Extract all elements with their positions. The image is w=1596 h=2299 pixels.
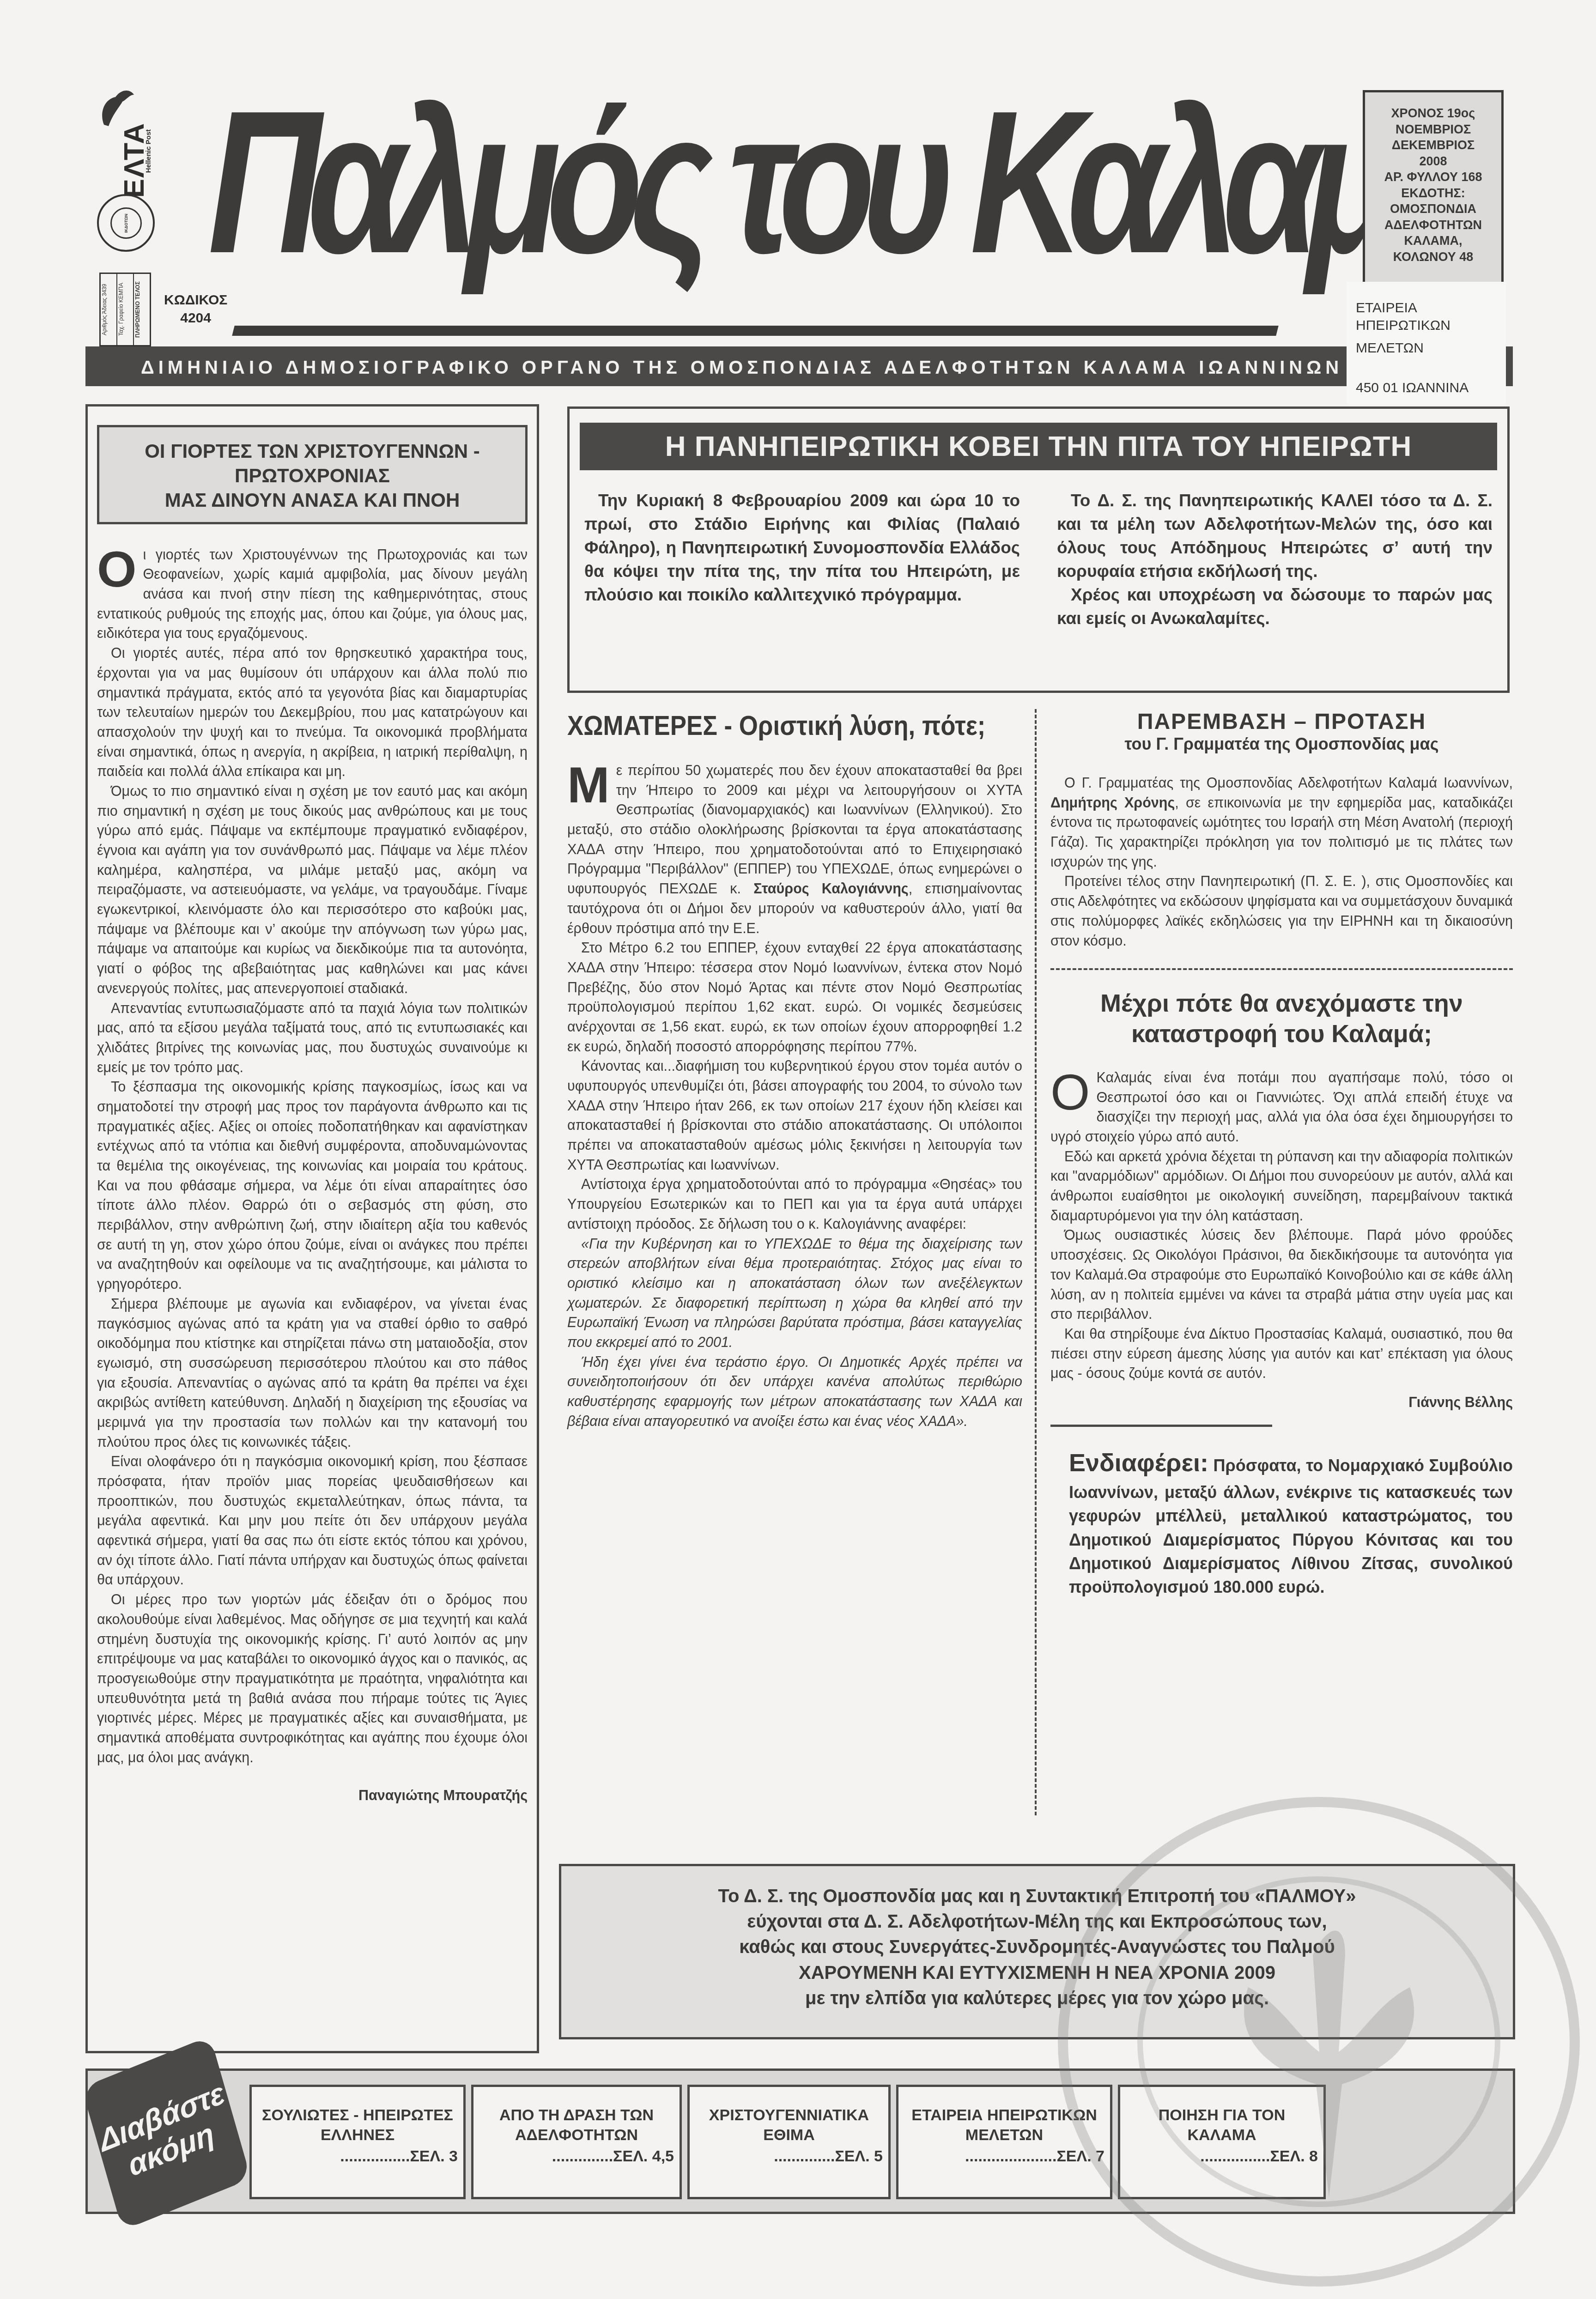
paragraph: Στο Μέτρο 6.2 του ΕΠΠΕΡ, έχουν ενταχθεί … — [567, 938, 1022, 1056]
read-more-bar: Διαβάστε ακόμη ΣΟΥΛΙΩΤΕΣ - ΗΠΕΙΡΩΤΕΣ ΕΛΛ… — [85, 2068, 1515, 2214]
headline-line: ΜΑΣ ΔΙΝΟΥΝ ΑΝΑΣΑ ΚΑΙ ΠΝΟΗ — [104, 488, 521, 513]
issue-info-box: ΧΡΟΝΟΣ 19ος ΝΟΕΜΒΡΙΟΣ ΔΕΚΕΜΒΡΙΟΣ 2008 ΑΡ… — [1363, 90, 1504, 289]
address-line: ΕΤΑΙΡΕΙΑ ΗΠΕΙΡΩΤΙΚΩΝ — [1356, 299, 1497, 334]
link-page: ................ΣΕΛ. 3 — [257, 2147, 458, 2166]
article-headline: ΧΩΜΑΤΕΡΕΣ - Οριστική λύση, πότε; — [567, 709, 968, 742]
quote-paragraph: Ήδη έχει γίνει ένα τεράστιο έργο. Οι Δημ… — [567, 1353, 1022, 1432]
newspaper-title: Παλμός του Καλαμά — [208, 81, 1471, 284]
elta-logo-subtext: Hellenic Post — [145, 129, 152, 173]
kalamas-section: Μέχρι πότε θα ανεχόμαστε την καταστροφή … — [1050, 989, 1513, 1412]
greeting-line: ΧΑΡΟΥΜΕΝΗ ΚΑΙ ΕΥΤΥΧΙΣΜΕΝΗ Η ΝΕΑ ΧΡΟΝΙΑ 2… — [561, 1960, 1513, 1986]
address-label: ΕΤΑΙΡΕΙΑ ΗΠΕΙΡΩΤΙΚΩΝ ΜΕΛΕΤΩΝ 450 01 ΙΩΑΝ… — [1347, 282, 1506, 404]
paragraph: Απεναντίας εντυπωσιαζόμαστε από τα παχιά… — [97, 999, 528, 1078]
greeting-line: Το Δ. Σ. της Ομοσπονδία μας και η Συντακ… — [561, 1884, 1513, 1909]
article-body: Οι γιορτές των Χριστουγέννων της Πρωτοχρ… — [97, 545, 528, 1806]
paragraph: Όμως το πιο σημαντικό είναι η σχέση με τ… — [97, 782, 528, 999]
issue-line: ΟΜΟΣΠΟΝΔΙΑ — [1365, 201, 1501, 217]
greeting-line: με την ελπίδα για καλύτερες μέρες για το… — [561, 1986, 1513, 2011]
article-landfills: ΧΩΜΑΤΕΡΕΣ - Οριστική λύση, πότε; Με περί… — [567, 709, 1022, 1431]
headline-line: ΟΙ ΓΙΟΡΤΕΣ ΤΩΝ ΧΡΙΣΤΟΥΓΕΝΝΩΝ - — [104, 439, 521, 464]
right-column: ΠΑΡΕΜΒΑΣΗ – ΠΡΟΤΑΣΗ του Γ. Γραμματέα της… — [1035, 709, 1513, 1815]
author-signature: Παναγιώτης Μπουρατζής — [97, 1786, 528, 1806]
paragraph: Οι γιορτές αυτές, πέρα από τον θρησκευτι… — [97, 643, 528, 782]
paragraph: Αντίστοιχα έργα χρηματοδοτούνται από το … — [567, 1175, 1022, 1234]
elta-postal-logo: ΕΛΤΑ Hellenic Post — [95, 85, 150, 192]
section-heading: ΠΑΡΕΜΒΑΣΗ – ΠΡΟΤΑΣΗ — [1050, 709, 1513, 734]
paragraph: Το ξέσπασμα της οικονομικής κρίσης παγκο… — [97, 1077, 528, 1294]
article-body: Με περίπου 50 χωματερές που δεν έχουν απ… — [567, 761, 1022, 1431]
hermes-head-icon — [95, 85, 141, 127]
issue-line: 2008 — [1365, 153, 1501, 170]
issue-line: ΑΡ. ΦΥΛΛΟΥ 168 — [1365, 169, 1501, 185]
link-title: ΠΟΙΗΣΗ ΓΙΑ ΤΟΝ ΚΑΛΑΜΑ — [1126, 2105, 1318, 2145]
solid-divider — [1050, 1425, 1272, 1427]
paragraph: Με περίπου 50 χωματερές που δεν έχουν απ… — [567, 761, 1022, 938]
link-page: .....................ΣΕΛ. 7 — [904, 2147, 1104, 2166]
link-page: ..............ΣΕΛ. 5 — [695, 2147, 883, 2166]
periodicals-seal-stamp: ΕΦΗΜΕΡΙΔΕΣ ΠΕΡΙΟΔΙΚΑ (Χ+7) ΙΚΔΟΤΩΝ — [97, 194, 155, 252]
issue-line: ΧΡΟΝΟΣ 19ος — [1365, 105, 1501, 121]
paragraph-text: Καλαμάς είναι ένα ποτάμι που αγαπήσαμε π… — [1050, 1070, 1513, 1145]
section-body: Ο Γ. Γραμματέας της Ομοσπονδίας Αδελφοτή… — [1050, 773, 1513, 951]
read-more-link[interactable]: ΠΟΙΗΣΗ ΓΙΑ ΤΟΝ ΚΑΛΑΜΑ ................ΣΕ… — [1118, 2085, 1326, 2199]
section-heading: Μέχρι πότε θα ανεχόμαστε την καταστροφή … — [1050, 989, 1513, 1049]
paragraph: Προτείνει τέλος στην Πανηπειρωτική (Π. Σ… — [1050, 872, 1513, 951]
issue-line: ΑΔΕΛΦΟΤΗΤΩΝ — [1365, 217, 1501, 233]
postage-paid-box: ΠΛΗΡΩΜΕΝΟ ΤΕΛΟΣ Ταχ. Γραφείο ΚΕΜΠΑ Αριθμ… — [99, 273, 151, 346]
paragraph: Σήμερα βλέπουμε με αγωνία και ενδιαφέρον… — [97, 1294, 528, 1452]
paragraph: Οι μέρες προ των γιορτών μάς έδειξαν ότι… — [97, 1590, 528, 1767]
link-title: ΑΠΟ ΤΗ ΔΡΑΣΗ ΤΩΝ ΑΔΕΛΦΟΤΗΤΩΝ — [479, 2105, 674, 2145]
issue-line: ΕΚΔΟΤΗΣ: — [1365, 185, 1501, 201]
greeting-line: καθώς και στους Συνεργάτες-Συνδρομητές-Α… — [561, 1935, 1513, 1960]
paragraph: Κάνοντας και...διαφήμιση του κυβερνητικο… — [567, 1056, 1022, 1175]
section-subheading: του Γ. Γραμματέα της Ομοσπονδίας μας — [1050, 734, 1513, 754]
person-name: Δημήτρης Χρόνης — [1050, 795, 1175, 811]
read-more-items: ΣΟΥΛΙΩΤΕΣ - ΗΠΕΙΡΩΤΕΣ ΕΛΛΗΝΕΣ ..........… — [249, 2085, 1326, 2199]
issue-line: ΚΟΛΩΝΟΥ 48 — [1365, 249, 1501, 265]
subtitle-text: ΔΙΜΗΝΙΑΙΟ ΔΗΜΟΣΙΟΓΡΑΦΙΚΟ ΟΡΓΑΝΟ ΤΗΣ ΟΜΟΣ… — [141, 358, 1343, 378]
interest-note: Ενδιαφέρει: Πρόσφατα, το Νομαρχιακό Συμβ… — [1050, 1445, 1513, 1599]
headline-line: ΠΡΩΤΟΧΡΟΝΙΑΣ — [104, 464, 521, 488]
paragraph-text: ε περίπου 50 χωματερές που δεν έχουν απο… — [567, 763, 1022, 897]
banner-column: Την Κυριακή 8 Φεβρουαρίου 2009 και ώρα 1… — [584, 489, 1020, 630]
author-signature: Γιάννης Βέλλης — [1050, 1393, 1513, 1413]
interest-lead: Ενδιαφέρει: — [1069, 1449, 1208, 1477]
article-headline: ΟΙ ΓΙΟΡΤΕΣ ΤΩΝ ΧΡΙΣΤΟΥΓΕΝΝΩΝ - ΠΡΩΤΟΧΡΟΝ… — [97, 425, 528, 524]
title-underline — [232, 326, 1278, 336]
banner-columns: Την Κυριακή 8 Φεβρουαρίου 2009 και ώρα 1… — [580, 489, 1497, 630]
paid-box-line: Αριθμός Άδειας 3439 — [101, 274, 117, 345]
paragraph: Ο Γ. Γραμματέας της Ομοσπονδίας Αδελφοτή… — [1050, 773, 1513, 872]
banner-column: Το Δ. Σ. της Πανηπειρωτικής ΚΑΛΕΙ τόσο τ… — [1057, 489, 1493, 630]
banner-headline: Η ΠΑΝΗΠΕΙΡΩΤΙΚΗ ΚΟΒΕΙ ΤΗΝ ΠΙΤΑ ΤΟΥ ΗΠΕΙΡ… — [580, 423, 1497, 470]
dropcap: Μ — [567, 764, 610, 807]
issue-line: ΚΑΛΑΜΑ, — [1365, 233, 1501, 249]
paragraph: Είναι ολοφάνερο ότι η παγκόσμια οικονομι… — [97, 1452, 528, 1590]
address-line: 450 01 ΙΩΑΝΝΙΝΑ — [1356, 379, 1497, 397]
read-more-link[interactable]: ΕΤΑΙΡΕΙΑ ΗΠΕΙΡΩΤΙΚΩΝ ΜΕΛΕΤΩΝ ...........… — [896, 2085, 1112, 2199]
paragraph: Χρέος και υποχρέωση να δώσουμε το παρών … — [1057, 583, 1493, 630]
section-body: ΟΚαλαμάς είναι ένα ποτάμι που αγαπήσαμε … — [1050, 1068, 1513, 1413]
seal-center-text: ΙΚΔΟΤΩΝ — [110, 207, 142, 239]
read-more-link[interactable]: ΧΡΙΣΤΟΥΓΕΝΝΙΑΤΙΚΑ ΕΘΙΜΑ ..............ΣΕ… — [687, 2085, 891, 2199]
new-year-greeting: Το Δ. Σ. της Ομοσπονδία μας και η Συντακ… — [559, 1864, 1515, 2039]
person-name: Σταύρος Καλογιάννης — [753, 881, 909, 897]
code-block: ΚΩΔΙΚΟΣ 4204 — [164, 291, 227, 327]
link-title: ΧΡΙΣΤΟΥΓΕΝΝΙΑΤΙΚΑ ΕΘΙΜΑ — [695, 2105, 883, 2145]
read-more-link[interactable]: ΣΟΥΛΙΩΤΕΣ - ΗΠΕΙΡΩΤΕΣ ΕΛΛΗΝΕΣ ..........… — [249, 2085, 466, 2199]
issue-line: ΔΕΚΕΜΒΡΙΟΣ — [1365, 137, 1501, 153]
paragraph: Εδώ και αρκετά χρόνια δέχεται τη ρύπανση… — [1050, 1147, 1513, 1226]
read-more-link[interactable]: ΑΠΟ ΤΗ ΔΡΑΣΗ ΤΩΝ ΑΔΕΛΦΟΤΗΤΩΝ ...........… — [471, 2085, 682, 2199]
dashed-divider — [1050, 968, 1513, 970]
link-title: ΣΟΥΛΙΩΤΕΣ - ΗΠΕΙΡΩΤΕΣ ΕΛΛΗΝΕΣ — [257, 2105, 458, 2145]
quote-paragraph: «Για την Κυβέρνηση και το ΥΠΕΧΩΔΕ το θέμ… — [567, 1234, 1022, 1353]
paragraph: Την Κυριακή 8 Φεβρουαρίου 2009 και ώρα 1… — [584, 489, 1020, 607]
paragraph: Οι γιορτές των Χριστουγέννων της Πρωτοχρ… — [97, 545, 528, 643]
paid-box-line: ΠΛΗΡΩΜΕΝΟ ΤΕΛΟΣ — [134, 274, 150, 345]
dropcap: Ο — [1050, 1071, 1090, 1114]
paragraph: Το Δ. Σ. της Πανηπειρωτικής ΚΑΛΕΙ τόσο τ… — [1057, 489, 1493, 583]
paragraph: Και θα στηρίξουμε ένα Δίκτυο Προστασίας … — [1050, 1324, 1513, 1383]
greeting-line: εύχονται στα Δ. Σ. Αδελφοτήτων-Μέλη της … — [561, 1909, 1513, 1935]
code-value: 4204 — [164, 309, 227, 327]
issue-line: ΝΟΕΜΒΡΙΟΣ — [1365, 121, 1501, 138]
link-page: ..............ΣΕΛ. 4,5 — [479, 2147, 674, 2166]
paragraph: Όμως ουσιαστικές λύσεις δεν βλέπουμε. Πα… — [1050, 1225, 1513, 1324]
link-page: ................ΣΕΛ. 8 — [1126, 2147, 1318, 2166]
address-line: ΜΕΛΕΤΩΝ — [1356, 340, 1497, 357]
link-title: ΕΤΑΙΡΕΙΑ ΗΠΕΙΡΩΤΙΚΩΝ ΜΕΛΕΤΩΝ — [904, 2105, 1104, 2145]
masthead: ΕΛΤΑ Hellenic Post ΕΦΗΜΕΡΙΔΕΣ ΠΕΡΙΟΔΙΚΑ … — [85, 85, 1513, 386]
quote-text: «Για την Κυβέρνηση και το ΥΠΕΧΩΔΕ το θέμ… — [567, 1236, 1022, 1350]
paragraph-text: Ο Γ. Γραμματέας της Ομοσπονδίας Αδελφοτή… — [1064, 775, 1513, 791]
subtitle-bar: ΔΙΜΗΝΙΑΙΟ ΔΗΜΟΣΙΟΓΡΑΦΙΚΟ ΟΡΓΑΝΟ ΤΗΣ ΟΜΟΣ… — [85, 346, 1513, 386]
paragraph-text: ι γιορτές των Χριστουγέννων της Πρωτοχρο… — [97, 547, 528, 642]
pita-announcement: Η ΠΑΝΗΠΕΙΡΩΤΙΚΗ ΚΟΒΕΙ ΤΗΝ ΠΙΤΑ ΤΟΥ ΗΠΕΙΡ… — [567, 406, 1510, 693]
paid-box-line: Ταχ. Γραφείο ΚΕΜΠΑ — [117, 274, 134, 345]
read-more-badge: Διαβάστε ακόμη — [82, 2036, 251, 2231]
quote-text: Ήδη έχει γίνει ένα τεράστιο έργο. Οι Δημ… — [567, 1354, 1022, 1429]
paragraph: ΟΚαλαμάς είναι ένα ποτάμι που αγαπήσαμε … — [1050, 1068, 1513, 1147]
intervention-section: ΠΑΡΕΜΒΑΣΗ – ΠΡΟΤΑΣΗ του Γ. Γραμματέα της… — [1050, 709, 1513, 951]
interest-text: Πρόσφατα, το Νομαρχιακό Συμβούλιο Ιωαννί… — [1069, 1456, 1513, 1596]
article-holidays: ΟΙ ΓΙΟΡΤΕΣ ΤΩΝ ΧΡΙΣΤΟΥΓΕΝΝΩΝ - ΠΡΩΤΟΧΡΟΝ… — [85, 404, 539, 2053]
dropcap: Ο — [97, 548, 137, 591]
